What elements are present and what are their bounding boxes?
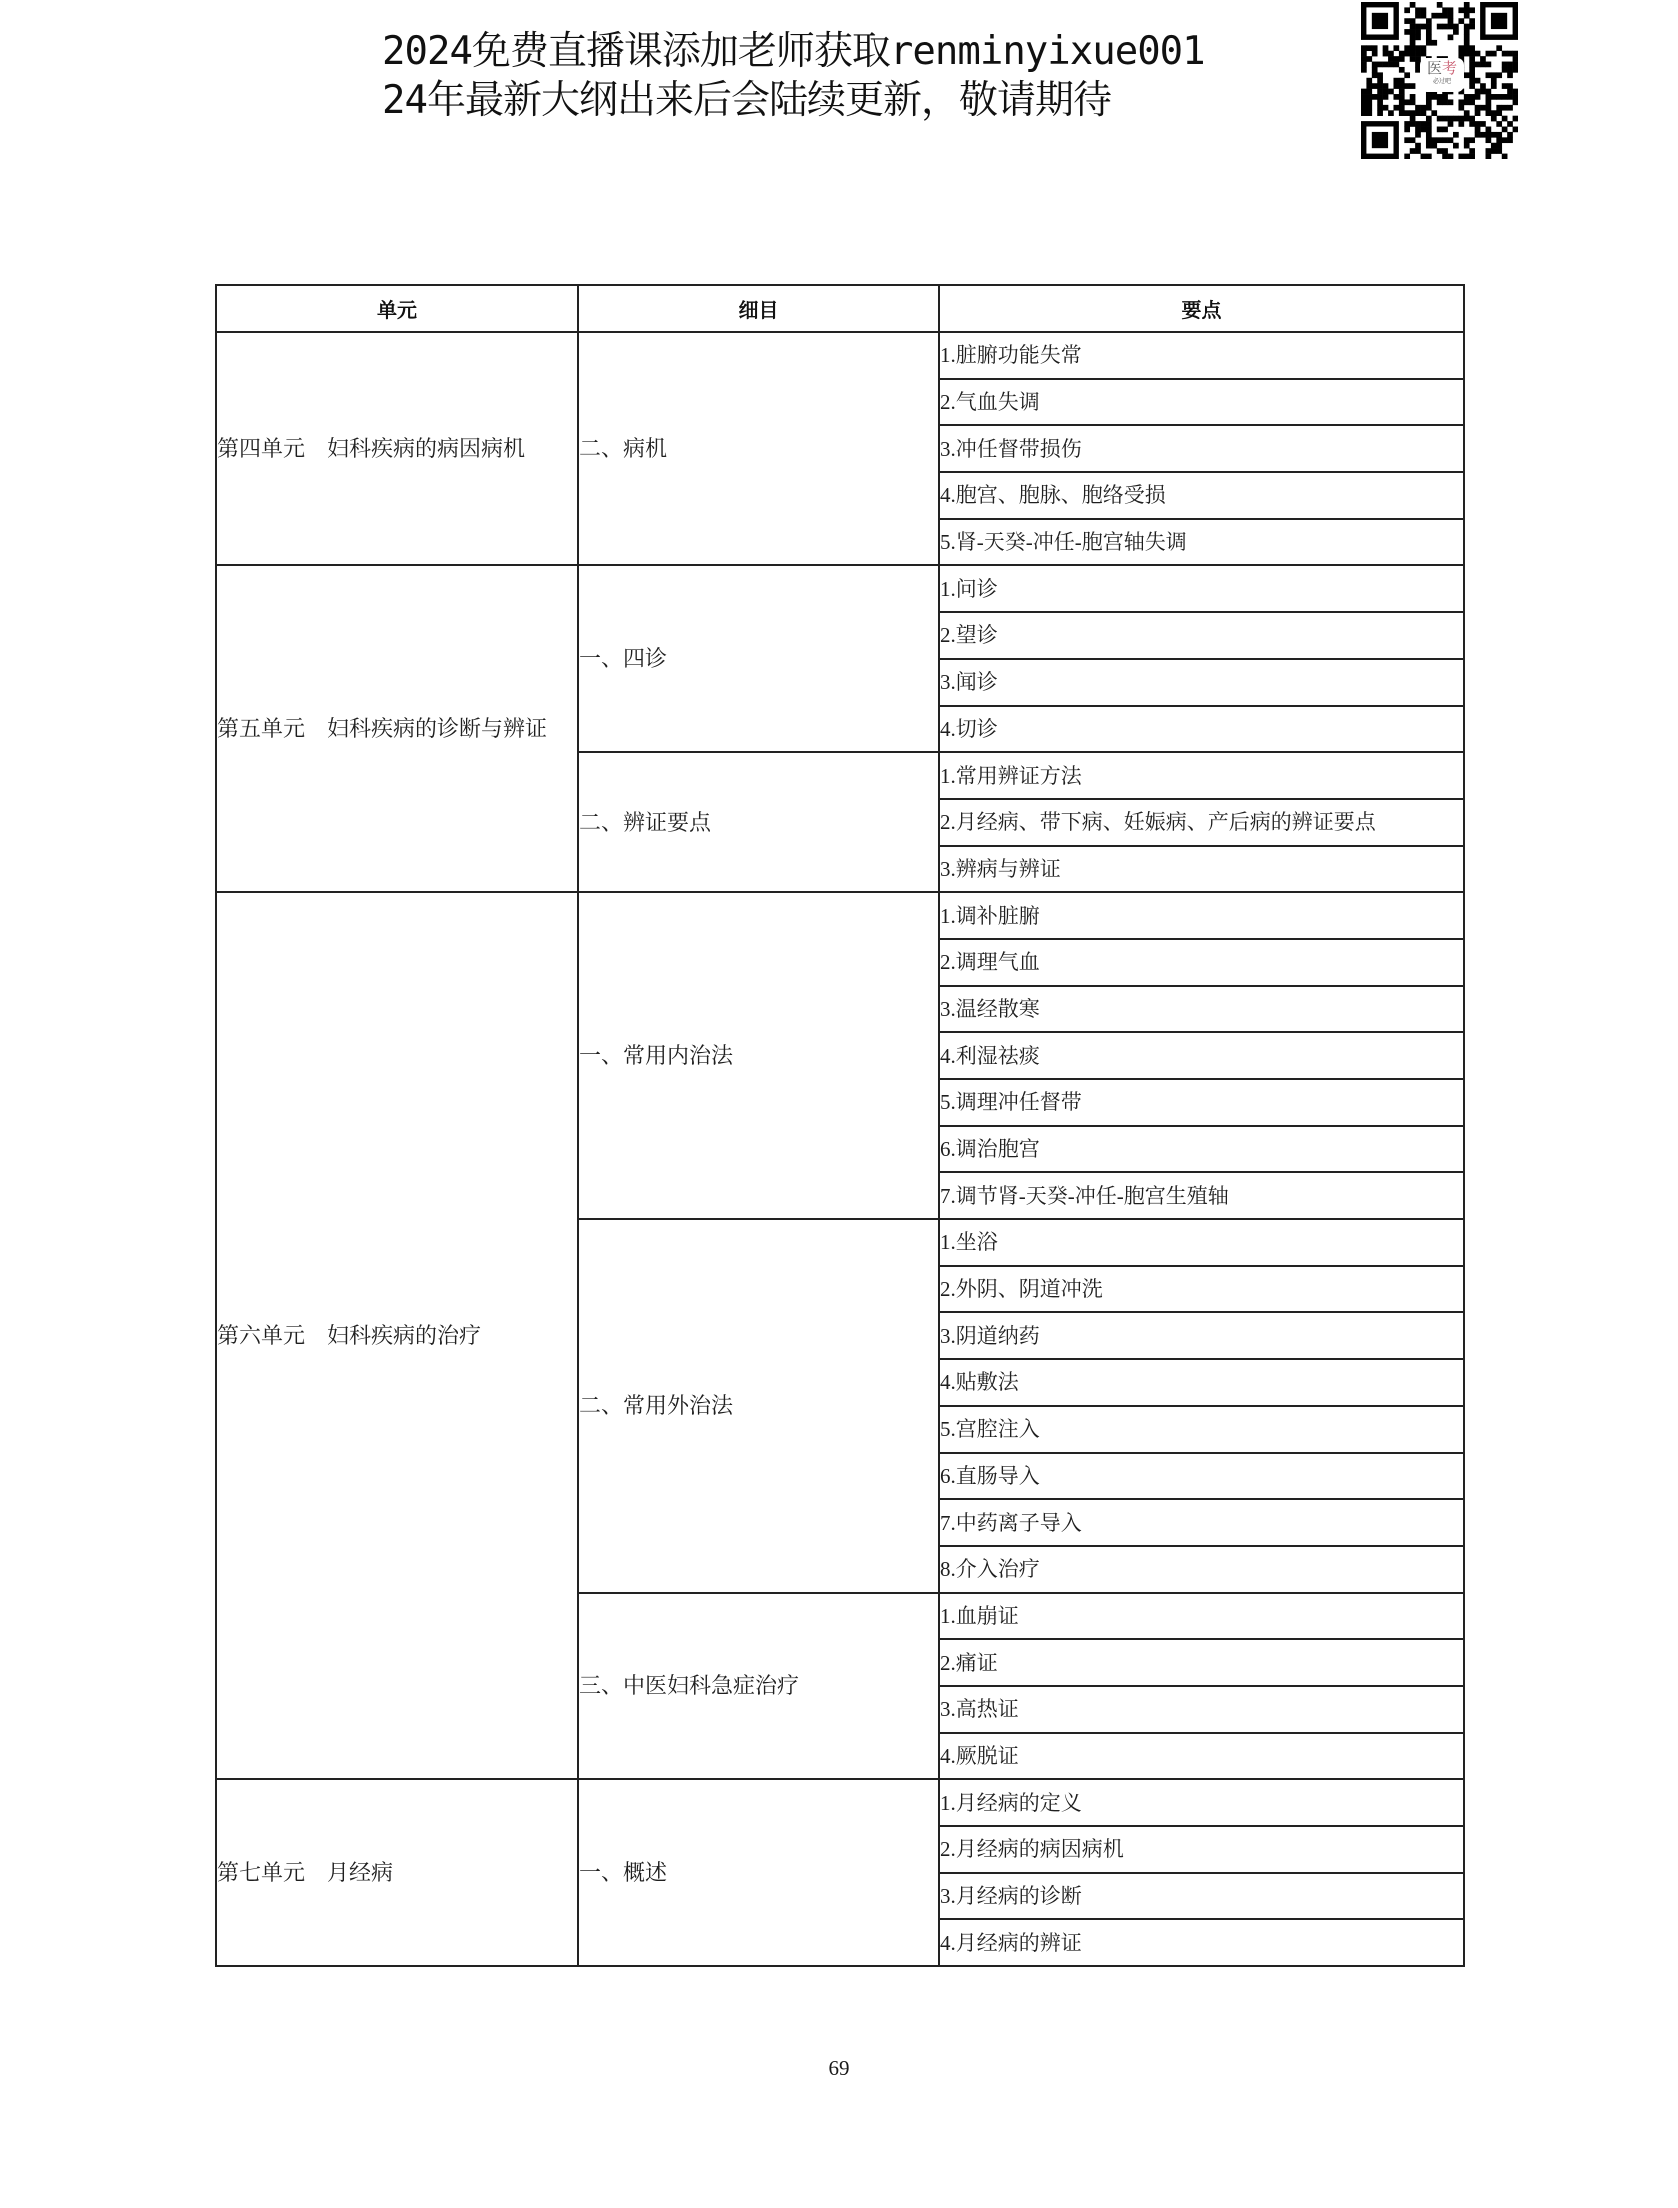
key-point-cell: 3.冲任督带损伤 [939,425,1464,472]
qr-code: 医考 必过吧 [1361,2,1518,159]
table-row: 第四单元 妇科疾病的病因病机二、病机1.脏腑功能失常 [216,332,1464,379]
qr-logo-subtext: 必过吧 [1422,78,1462,86]
key-point-cell: 3.闻诊 [939,659,1464,706]
unit-cell: 第七单元 月经病 [216,1779,578,1966]
key-point-cell: 3.高热证 [939,1686,1464,1733]
key-point-cell: 2.月经病的病因病机 [939,1826,1464,1873]
header-key-points: 要点 [939,285,1464,332]
unit-cell: 第五单元 妇科疾病的诊断与辨证 [216,565,578,892]
key-point-cell: 5.肾-天癸-冲任-胞宫轴失调 [939,519,1464,566]
section-cell: 一、概述 [578,1779,939,1966]
section-cell: 二、辨证要点 [578,752,939,892]
key-point-cell: 1.调补脏腑 [939,892,1464,939]
key-point-cell: 4.胞宫、胞脉、胞络受损 [939,472,1464,519]
syllabus-table: 单元 细目 要点 第四单元 妇科疾病的病因病机二、病机1.脏腑功能失常2.气血失… [215,284,1465,1967]
header-unit: 单元 [216,285,578,332]
header-item: 细目 [578,285,939,332]
section-cell: 二、常用外治法 [578,1219,939,1593]
qr-logo-char-1: 医 [1427,61,1442,77]
key-point-cell: 1.月经病的定义 [939,1779,1464,1826]
key-point-cell: 7.调节肾-天癸-冲任-胞宫生殖轴 [939,1172,1464,1219]
key-point-cell: 3.温经散寒 [939,986,1464,1033]
key-point-cell: 4.贴敷法 [939,1359,1464,1406]
qr-logo-text: 医考 [1422,61,1462,78]
key-point-cell: 2.月经病、带下病、妊娠病、产后病的辨证要点 [939,799,1464,846]
key-point-cell: 3.阴道纳药 [939,1312,1464,1359]
key-point-cell: 6.直肠导入 [939,1453,1464,1500]
key-point-cell: 1.坐浴 [939,1219,1464,1266]
qr-logo: 医考 必过吧 [1422,60,1462,90]
section-cell: 一、四诊 [578,565,939,752]
unit-cell: 第四单元 妇科疾病的病因病机 [216,332,578,565]
key-point-cell: 3.月经病的诊断 [939,1873,1464,1920]
key-point-cell: 2.调理气血 [939,939,1464,986]
key-point-cell: 5.宫腔注入 [939,1406,1464,1453]
qr-logo-char-2: 考 [1442,61,1457,77]
key-point-cell: 4.月经病的辨证 [939,1919,1464,1966]
key-point-cell: 1.常用辨证方法 [939,752,1464,799]
key-point-cell: 6.调治胞宫 [939,1126,1464,1173]
key-point-cell: 2.气血失调 [939,379,1464,426]
key-point-cell: 2.望诊 [939,612,1464,659]
key-point-cell: 2.外阴、阴道冲洗 [939,1266,1464,1313]
table-header-row: 单元 细目 要点 [216,285,1464,332]
page-number: 69 [0,2053,1678,2083]
table-body: 第四单元 妇科疾病的病因病机二、病机1.脏腑功能失常2.气血失调3.冲任督带损伤… [216,332,1464,1966]
promo-notice-line-2: 24年最新大纲出来后会陆续更新，敬请期待 [382,76,1205,125]
section-cell: 三、中医妇科急症治疗 [578,1593,939,1780]
key-point-cell: 1.问诊 [939,565,1464,612]
key-point-cell: 4.切诊 [939,706,1464,753]
section-cell: 一、常用内治法 [578,892,939,1219]
key-point-cell: 1.血崩证 [939,1593,1464,1640]
key-point-cell: 3.辨病与辨证 [939,846,1464,893]
table-row: 第六单元 妇科疾病的治疗一、常用内治法1.调补脏腑 [216,892,1464,939]
section-cell: 二、病机 [578,332,939,565]
table-row: 第五单元 妇科疾病的诊断与辨证一、四诊1.问诊 [216,565,1464,612]
key-point-cell: 7.中药离子导入 [939,1499,1464,1546]
key-point-cell: 5.调理冲任督带 [939,1079,1464,1126]
key-point-cell: 4.厥脱证 [939,1733,1464,1780]
table-row: 第七单元 月经病一、概述1.月经病的定义 [216,1779,1464,1826]
unit-cell: 第六单元 妇科疾病的治疗 [216,892,578,1779]
key-point-cell: 8.介入治疗 [939,1546,1464,1593]
key-point-cell: 1.脏腑功能失常 [939,332,1464,379]
key-point-cell: 4.利湿祛痰 [939,1032,1464,1079]
key-point-cell: 2.痛证 [939,1639,1464,1686]
promo-notice: 2024免费直播课添加老师获取renminyixue001 24年最新大纲出来后… [382,27,1205,125]
promo-notice-line-1: 2024免费直播课添加老师获取renminyixue001 [382,27,1205,76]
